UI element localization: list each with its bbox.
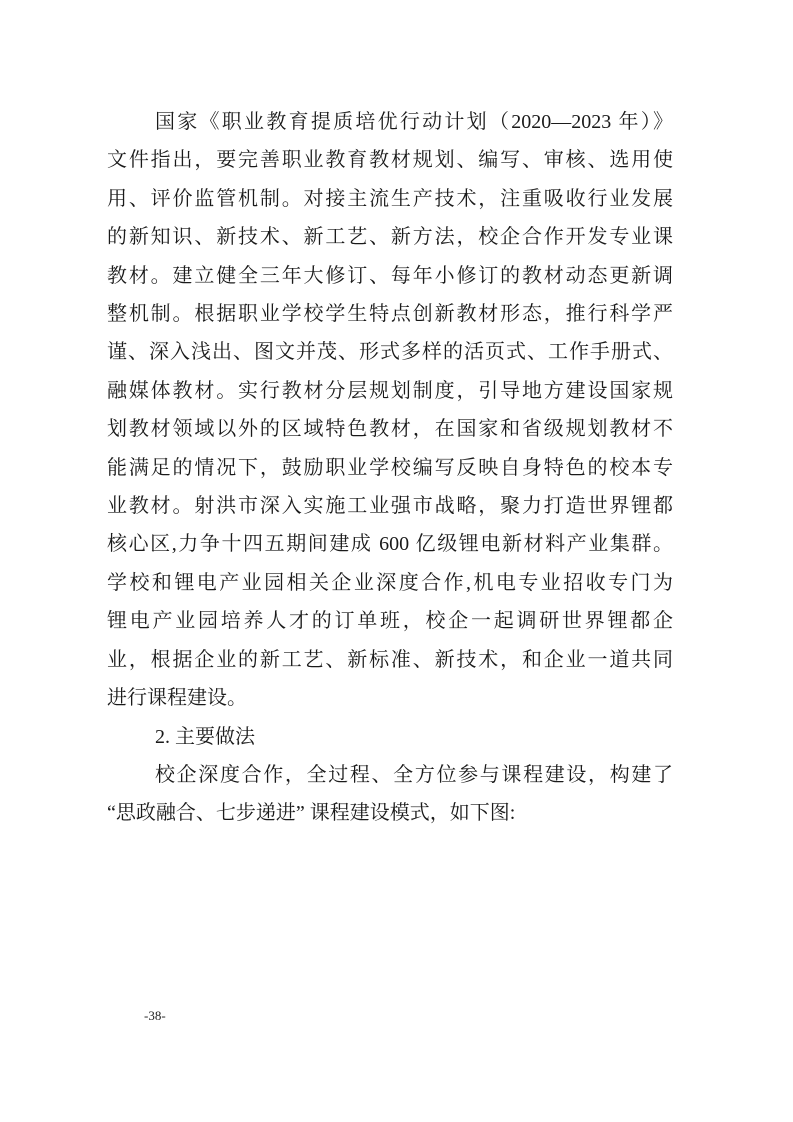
document-page: 国家《职业教育提质培优行动计划（2020—2023 年）》 文件指出，要完善职业… — [0, 0, 793, 1122]
text-line: 业，根据企业的新工艺、新标准、新技术，和企业一道共同 — [107, 641, 673, 679]
page-number: -38- — [144, 1008, 166, 1024]
paragraph-heading-main-practices: 2. 主要做法 — [107, 718, 673, 756]
text-line: 业教材。射洪市深入实施工业强市战略，聚力打造世界锂都 — [107, 487, 673, 525]
text-line: 教材。建立健全三年大修订、每年小修订的教材动态更新调 — [107, 257, 673, 295]
text-line: 的新知识、新技术、新工艺、新方法，校企合作开发专业课 — [107, 218, 673, 256]
text-line: 进行课程建设。 — [107, 679, 673, 717]
text-line: 能满足的情况下，鼓励职业学校编写反映自身特色的校本专 — [107, 449, 673, 487]
text-line: 锂电产业园培养人才的订单班，校企一起调研世界锂都企 — [107, 602, 673, 640]
text-line: 用、评价监管机制。对接主流生产技术，注重吸收行业发展 — [107, 180, 673, 218]
text-line: 谨、深入浅出、图文并茂、形式多样的活页式、工作手册式、 — [107, 333, 673, 371]
text-line: 校企深度合作，全过程、全方位参与课程建设，构建了 — [107, 756, 673, 794]
text-line: “思政融合、七步递进” 课程建设模式，如下图: — [107, 794, 673, 832]
heading-line: 2. 主要做法 — [107, 718, 673, 756]
paragraph-intro: 国家《职业教育提质培优行动计划（2020—2023 年）》 文件指出，要完善职业… — [107, 103, 673, 718]
document-content: 国家《职业教育提质培优行动计划（2020—2023 年）》 文件指出，要完善职业… — [107, 103, 673, 833]
text-line: 学校和锂电产业园相关企业深度合作,机电专业招收专门为 — [107, 564, 673, 602]
text-line: 核心区,力争十四五期间建成 600 亿级锂电新材料产业集群。 — [107, 525, 673, 563]
text-line: 国家《职业教育提质培优行动计划（2020—2023 年）》 — [107, 103, 673, 141]
paragraph-course-model: 校企深度合作，全过程、全方位参与课程建设，构建了 “思政融合、七步递进” 课程建… — [107, 756, 673, 833]
text-line: 划教材领域以外的区域特色教材，在国家和省级规划教材不 — [107, 410, 673, 448]
text-line: 整机制。根据职业学校学生特点创新教材形态，推行科学严 — [107, 295, 673, 333]
text-line: 文件指出，要完善职业教育教材规划、编写、审核、选用使 — [107, 141, 673, 179]
text-line: 融媒体教材。实行教材分层规划制度，引导地方建设国家规 — [107, 372, 673, 410]
